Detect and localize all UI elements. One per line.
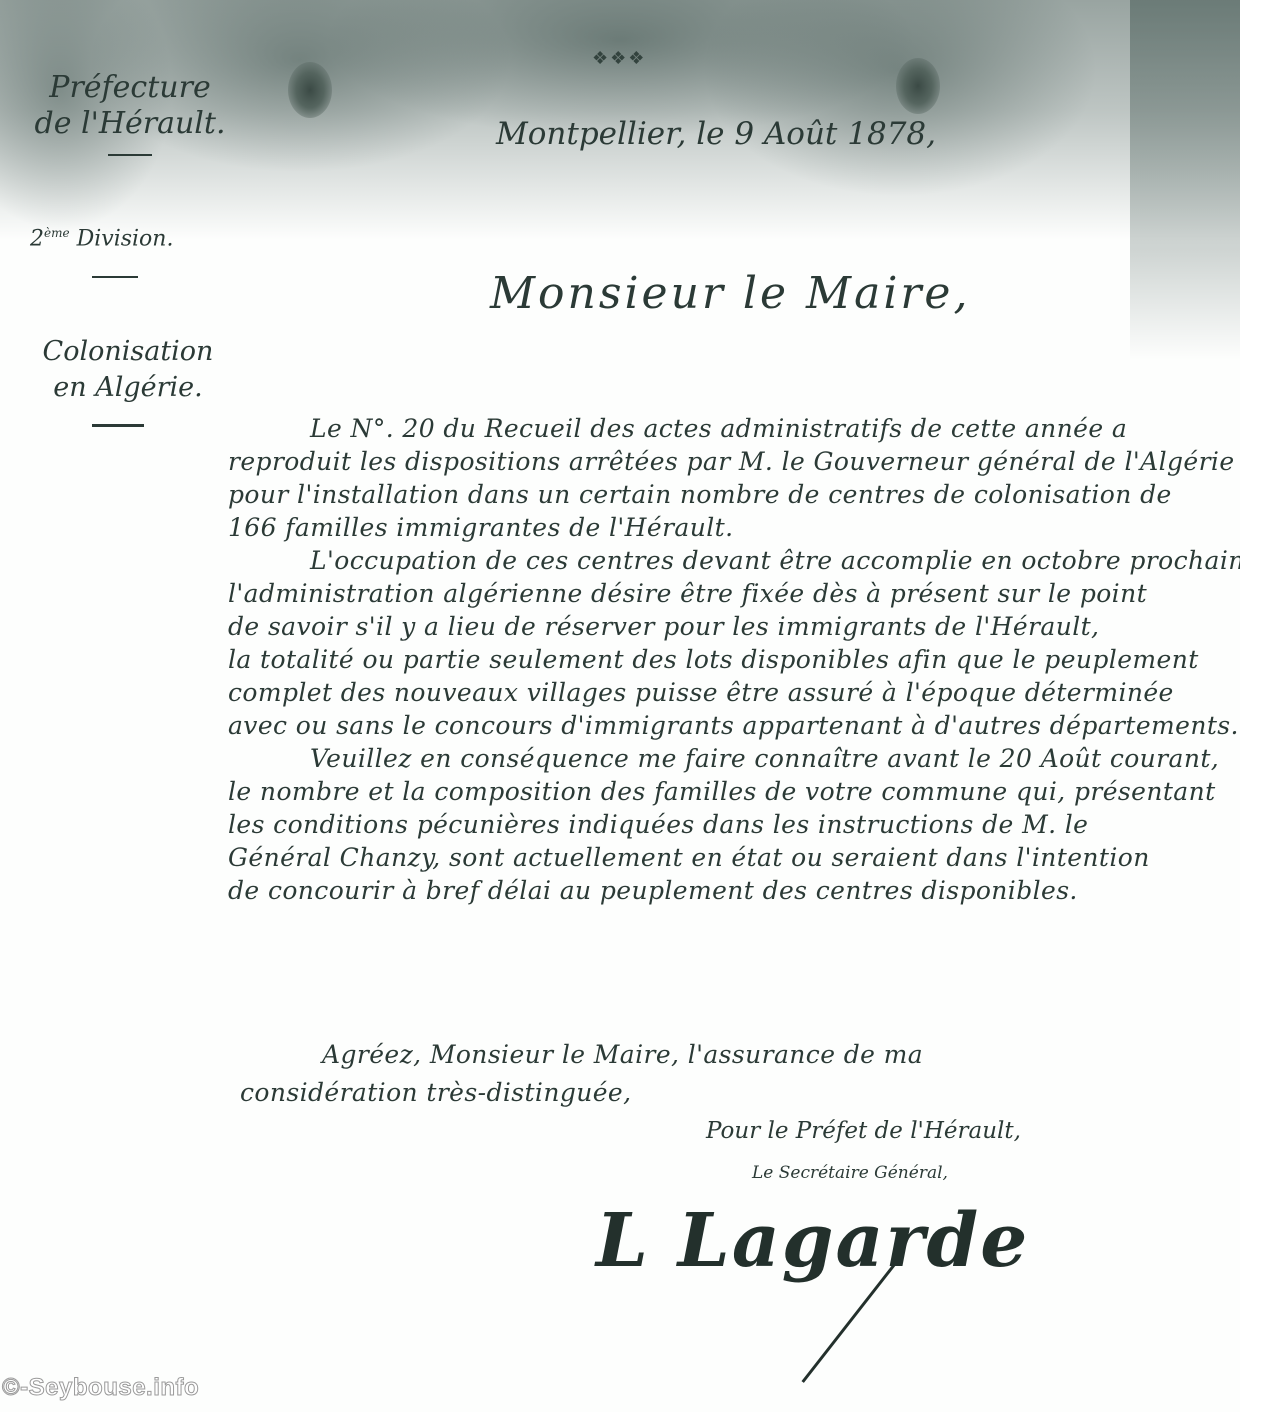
division-ordinal: ème [44,226,70,240]
binder-hole-icon [896,58,940,114]
paragraph-1: Le N°. 20 du Recueil des actes administr… [228,412,1218,544]
paragraph-2: L'occupation de ces centres devant être … [228,544,1218,742]
watermark: ©-Seybouse.info [2,1374,199,1402]
body-line: la totalité ou partie seulement des lots… [228,643,1218,676]
seal-ornament-icon: ❖❖❖ [592,48,646,69]
body-line: complet des nouveaux villages puisse êtr… [228,676,1218,709]
subject-line-1: Colonisation [18,334,238,370]
signature-title: Le Secrétaire Général, [752,1163,948,1183]
body-line: les conditions pécunières indiquées dans… [228,808,1218,841]
closing-line: Agréez, Monsieur le Maire, l'assurance d… [240,1036,1220,1074]
body-line: 166 familles immigrantes de l'Hérault. [228,511,1218,544]
office-line-1: Préfecture [10,70,250,106]
divider [92,276,138,278]
binder-hole-icon [288,62,332,118]
signature-on-behalf: Pour le Préfet de l'Hérault, [706,1118,1021,1144]
division-text: Division. [77,226,174,251]
letterhead-office: Préfecture de l'Hérault. [10,70,250,156]
body-line: pour l'installation dans un certain nomb… [228,478,1218,511]
closing-line: considération très-distinguée, [240,1074,1220,1112]
body-line: L'occupation de ces centres devant être … [228,544,1218,577]
letter-page: ❖❖❖ Préfecture de l'Hérault. 2ème Divisi… [0,0,1240,1412]
body-line: avec ou sans le concours d'immigrants ap… [228,709,1218,742]
dateline: Montpellier, le 9 Août 1878, [496,116,936,152]
body-line: Veuillez en conséquence me faire connaît… [228,742,1218,775]
letter-body: Le N°. 20 du Recueil des actes administr… [228,412,1218,907]
divider [108,154,152,156]
photocopy-smudge-right [1130,0,1240,360]
body-line: Le N°. 20 du Recueil des actes administr… [228,412,1218,445]
subject-label: Colonisation en Algérie. [18,334,238,406]
signature: L Lagarde [596,1198,1029,1284]
body-line: le nombre et la composition des familles… [228,775,1218,808]
body-line: l'administration algérienne désire être … [228,577,1218,610]
salutation: Monsieur le Maire, [490,268,970,319]
page-margin [1240,0,1275,1412]
office-line-2: de l'Hérault. [10,106,250,142]
body-line: reproduit les dispositions arrêtées par … [228,445,1218,478]
division-number: 2 [30,226,44,251]
divider [92,424,144,427]
body-line: de concourir à bref délai au peuplement … [228,874,1218,907]
subject-line-2: en Algérie. [18,370,238,406]
closing: Agréez, Monsieur le Maire, l'assurance d… [240,1036,1220,1112]
division-label: 2ème Division. [30,226,173,251]
paragraph-3: Veuillez en conséquence me faire connaît… [228,742,1218,907]
body-line: Général Chanzy, sont actuellement en éta… [228,841,1218,874]
body-line: de savoir s'il y a lieu de réserver pour… [228,610,1218,643]
